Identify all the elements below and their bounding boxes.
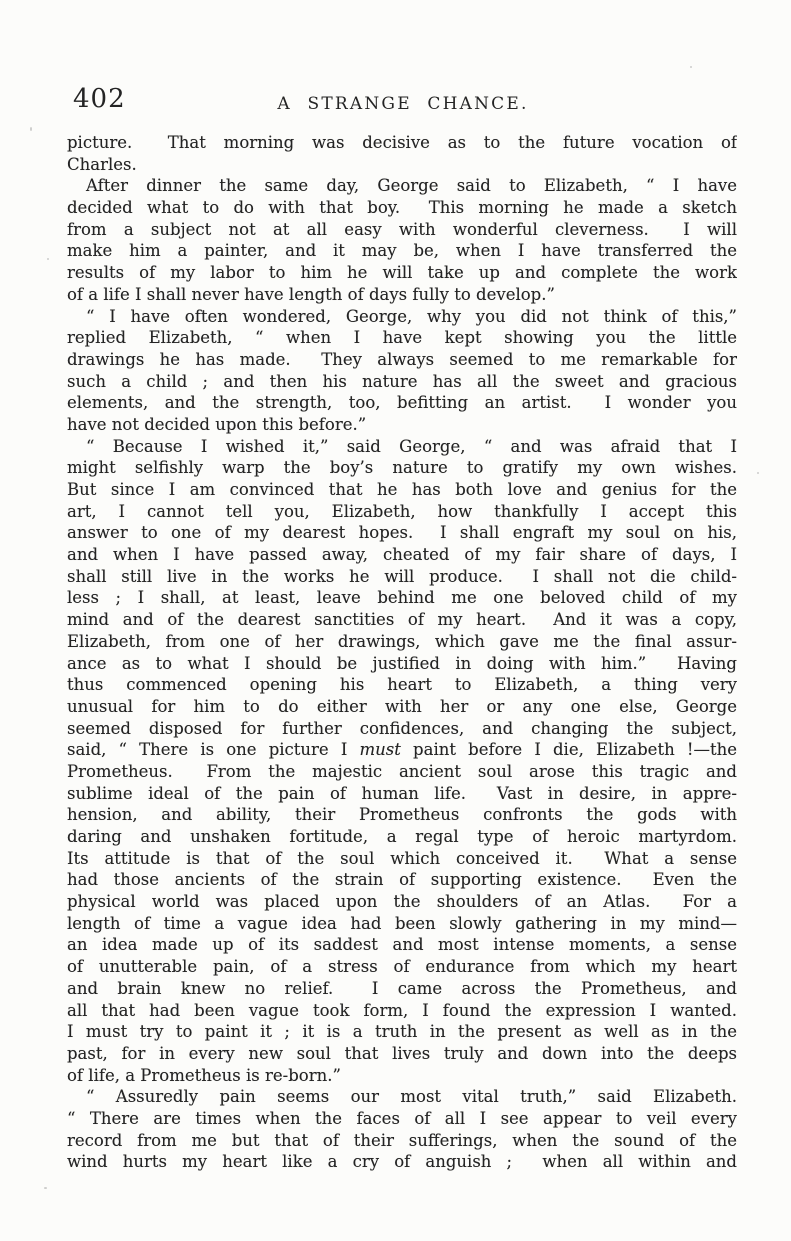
text-line: past, for in every new soul that lives t… (67, 1043, 737, 1065)
running-title: A STRANGE CHANCE. (68, 96, 738, 113)
text-line: Elizabeth, from one of her drawings, whi… (67, 631, 737, 653)
text-line: “ Assuredly pain seems our most vital tr… (67, 1086, 737, 1108)
text-line: wind hurts my heart like a cry of anguis… (67, 1151, 737, 1173)
text-line: ance as to what I should be justified in… (67, 653, 737, 675)
text-line: of unutterable pain, of a stress of endu… (67, 956, 737, 978)
text-line: hension, and ability, their Prometheus c… (67, 804, 737, 826)
text-line: answer to one of my dearest hopes. I sha… (67, 522, 737, 544)
text-line: make him a painter, and it may be, when … (67, 240, 737, 262)
scan-speck (30, 127, 32, 131)
text-line: of a life I shall never have length of d… (67, 284, 737, 306)
text-line: results of my labor to him he will take … (67, 262, 737, 284)
text-line: “ I have often wondered, George, why you… (67, 306, 737, 328)
scan-speck (690, 66, 692, 68)
scan-speck (44, 1187, 47, 1189)
text-line: shall still live in the works he will pr… (67, 566, 737, 588)
text-line: from a subject not at all easy with wond… (67, 219, 737, 241)
text-line: said, “ There is one picture I must pain… (67, 739, 737, 761)
text-line: I must try to paint it ; it is a truth i… (67, 1021, 737, 1043)
text-line: and when I have passed away, cheated of … (67, 544, 737, 566)
text-line: “ There are times when the faces of all … (67, 1108, 737, 1130)
scan-speck (757, 472, 759, 474)
paragraph: picture. That morning was decisive as to… (67, 132, 737, 175)
paragraph: “ Assuredly pain seems our most vital tr… (67, 1086, 737, 1173)
text-line: all that had been vague took form, I fou… (67, 1000, 737, 1022)
text-line: seemed disposed for further confidences,… (67, 718, 737, 740)
text-line: of life, a Prometheus is re-born.” (67, 1065, 737, 1087)
text-line: elements, and the strength, too, befitti… (67, 392, 737, 414)
text-line: Prometheus. From the majestic ancient so… (67, 761, 737, 783)
book-page: 402 A STRANGE CHANCE. picture. That morn… (0, 0, 791, 1241)
text-line: record from me but that of their sufferi… (67, 1130, 737, 1152)
text-line: art, I cannot tell you, Elizabeth, how t… (67, 501, 737, 523)
text-line: such a child ; and then his nature has a… (67, 371, 737, 393)
text-line: less ; I shall, at least, leave behind m… (67, 587, 737, 609)
text-line: “ Because I wished it,” said George, “ a… (67, 436, 737, 458)
text-line: daring and unshaken fortitude, a regal t… (67, 826, 737, 848)
text-line: picture. That morning was decisive as to… (67, 132, 737, 154)
text-line: length of time a vague idea had been slo… (67, 913, 737, 935)
scan-speck (47, 258, 49, 260)
text-line: thus commenced opening his heart to Eliz… (67, 674, 737, 696)
text-line: unusual for him to do either with her or… (67, 696, 737, 718)
text-line: might selfishly warp the boy’s nature to… (67, 457, 737, 479)
text-line: physical world was placed upon the shoul… (67, 891, 737, 913)
text-line: mind and of the dearest sanctities of my… (67, 609, 737, 631)
paragraph: After dinner the same day, George said t… (67, 175, 737, 305)
text-line: and brain knew no relief. I came across … (67, 978, 737, 1000)
text-line: sublime ideal of the pain of human life.… (67, 783, 737, 805)
text-line: Its attitude is that of the soul which c… (67, 848, 737, 870)
paragraph: “ I have often wondered, George, why you… (67, 306, 737, 436)
text-line: have not decided upon this before.” (67, 414, 737, 436)
text-line: replied Elizabeth, “ when I have kept sh… (67, 327, 737, 349)
text-line: After dinner the same day, George said t… (67, 175, 737, 197)
text-line: decided what to do with that boy. This m… (67, 197, 737, 219)
text-line: Charles. (67, 154, 737, 176)
italic-word: must (360, 740, 401, 759)
page-text: picture. That morning was decisive as to… (67, 132, 737, 1173)
text-line: had those ancients of the strain of supp… (67, 869, 737, 891)
text-line: an idea made up of its saddest and most … (67, 934, 737, 956)
text-line: But since I am convinced that he has bot… (67, 479, 737, 501)
text-line: drawings he has made. They always seemed… (67, 349, 737, 371)
paragraph: “ Because I wished it,” said George, “ a… (67, 436, 737, 1087)
